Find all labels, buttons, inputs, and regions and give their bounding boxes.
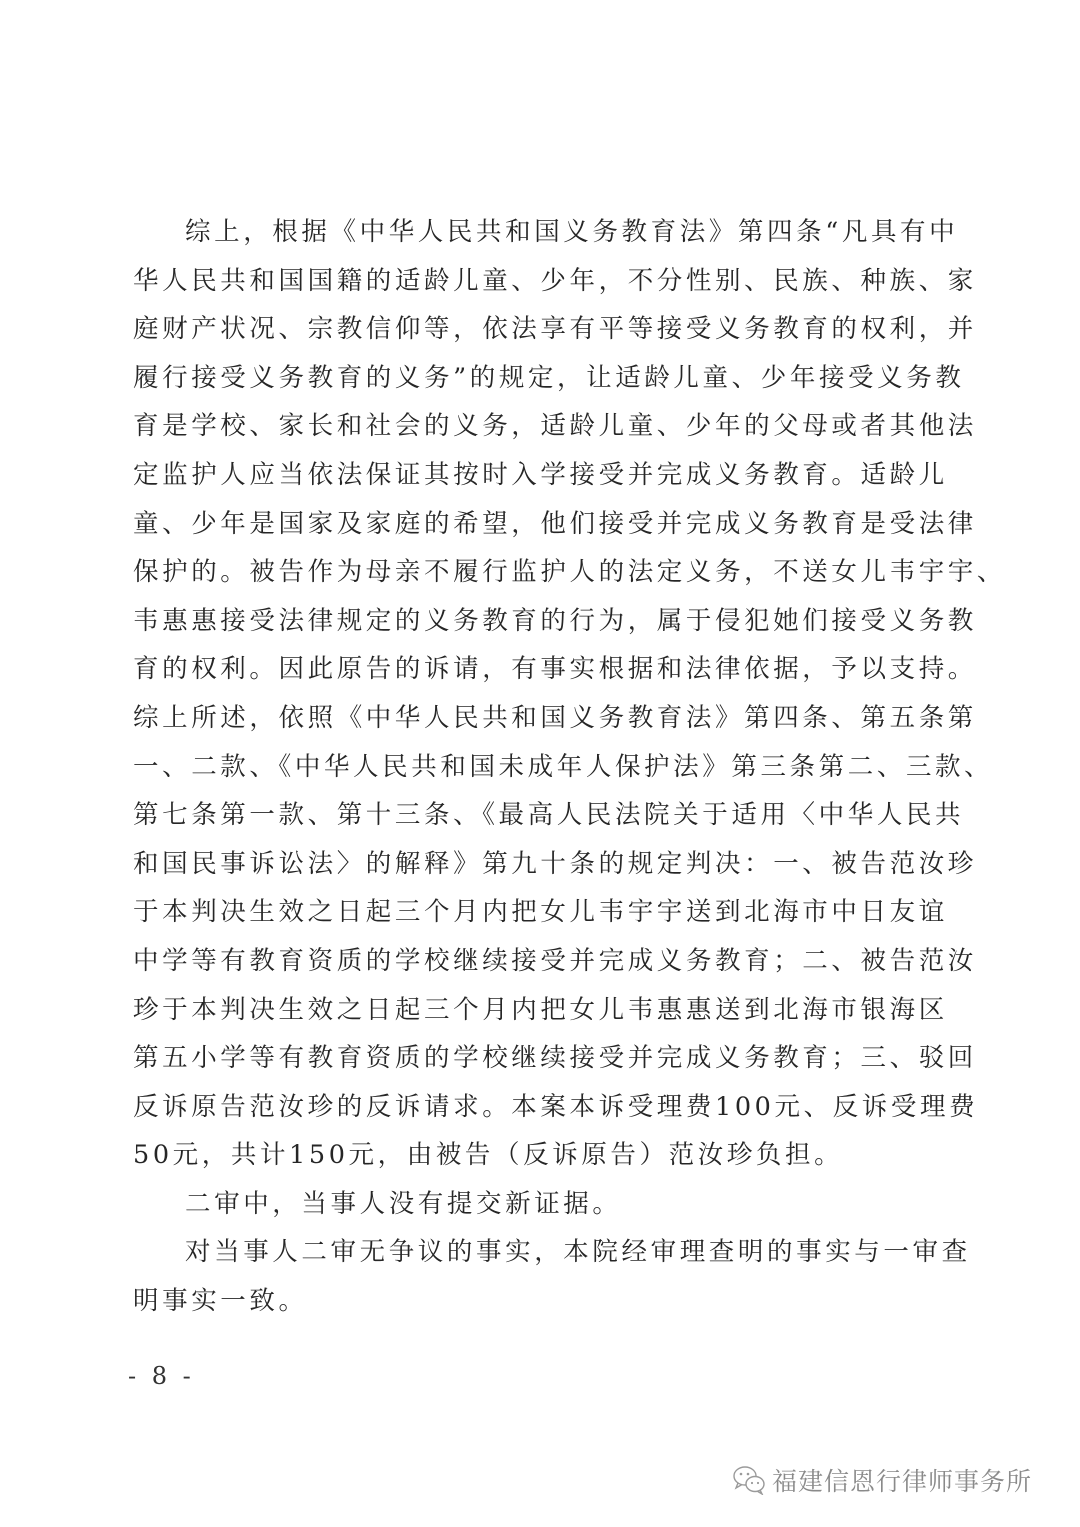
- text-line: 珍于本判决生效之日起三个月内把女儿韦惠惠送到北海市银海区: [133, 986, 939, 1035]
- text-line: 和国民事诉讼法〉的解释》第九十条的规定判决：一、被告范汝珍: [133, 840, 939, 889]
- text-line: 第七条第一款、第十三条、《最高人民法院关于适用〈中华人民共: [133, 791, 939, 840]
- text-line: 50元，共计150元，由被告（反诉原告）范汝珍负担。: [133, 1131, 939, 1180]
- text-line: 定监护人应当依法保证其按时入学接受并完成义务教育。适龄儿: [133, 451, 939, 500]
- watermark: 福建信恩行律师事务所: [732, 1462, 1032, 1498]
- text-line: 童、少年是国家及家庭的希望，他们接受并完成义务教育是受法律: [133, 500, 939, 549]
- text-line: 二审中，当事人没有提交新证据。: [133, 1180, 939, 1229]
- watermark-text: 福建信恩行律师事务所: [772, 1462, 1032, 1498]
- text-line: 一、二款、《中华人民共和国未成年人保护法》第三条第二、三款、: [133, 743, 939, 792]
- text-line: 于本判决生效之日起三个月内把女儿韦宇宇送到北海市中日友谊: [133, 888, 939, 937]
- page-number: - 8 -: [128, 1362, 195, 1390]
- wechat-icon: [732, 1465, 766, 1495]
- text-line: 华人民共和国国籍的适龄儿童、少年，不分性别、民族、种族、家: [133, 257, 939, 306]
- document-body: 综上，根据《中华人民共和国义务教育法》第四条“凡具有中 华人民共和国国籍的适龄儿…: [133, 208, 939, 1326]
- text-line: 对当事人二审无争议的事实，本院经审理查明的事实与一审查: [133, 1228, 939, 1277]
- text-line: 综上所述，依照《中华人民共和国义务教育法》第四条、第五条第: [133, 694, 939, 743]
- text-line: 反诉原告范汝珍的反诉请求。本案本诉受理费100元、反诉受理费: [133, 1083, 939, 1132]
- text-line: 履行接受义务教育的义务”的规定，让适龄儿童、少年接受义务教: [133, 354, 939, 403]
- text-line: 育的权利。因此原告的诉请，有事实根据和法律依据，予以支持。: [133, 645, 939, 694]
- text-line: 明事实一致。: [133, 1277, 939, 1326]
- text-line: 韦惠惠接受法律规定的义务教育的行为，属于侵犯她们接受义务教: [133, 597, 939, 646]
- text-line: 第五小学等有教育资质的学校继续接受并完成义务教育；三、驳回: [133, 1034, 939, 1083]
- text-line: 庭财产状况、宗教信仰等，依法享有平等接受义务教育的权利，并: [133, 305, 939, 354]
- document-page: 综上，根据《中华人民共和国义务教育法》第四条“凡具有中 华人民共和国国籍的适龄儿…: [0, 0, 1080, 1527]
- text-line: 综上，根据《中华人民共和国义务教育法》第四条“凡具有中: [133, 208, 939, 257]
- text-line: 保护的。被告作为母亲不履行监护人的法定义务，不送女儿韦宇宇、: [133, 548, 939, 597]
- text-line: 中学等有教育资质的学校继续接受并完成义务教育；二、被告范汝: [133, 937, 939, 986]
- text-line: 育是学校、家长和社会的义务，适龄儿童、少年的父母或者其他法: [133, 402, 939, 451]
